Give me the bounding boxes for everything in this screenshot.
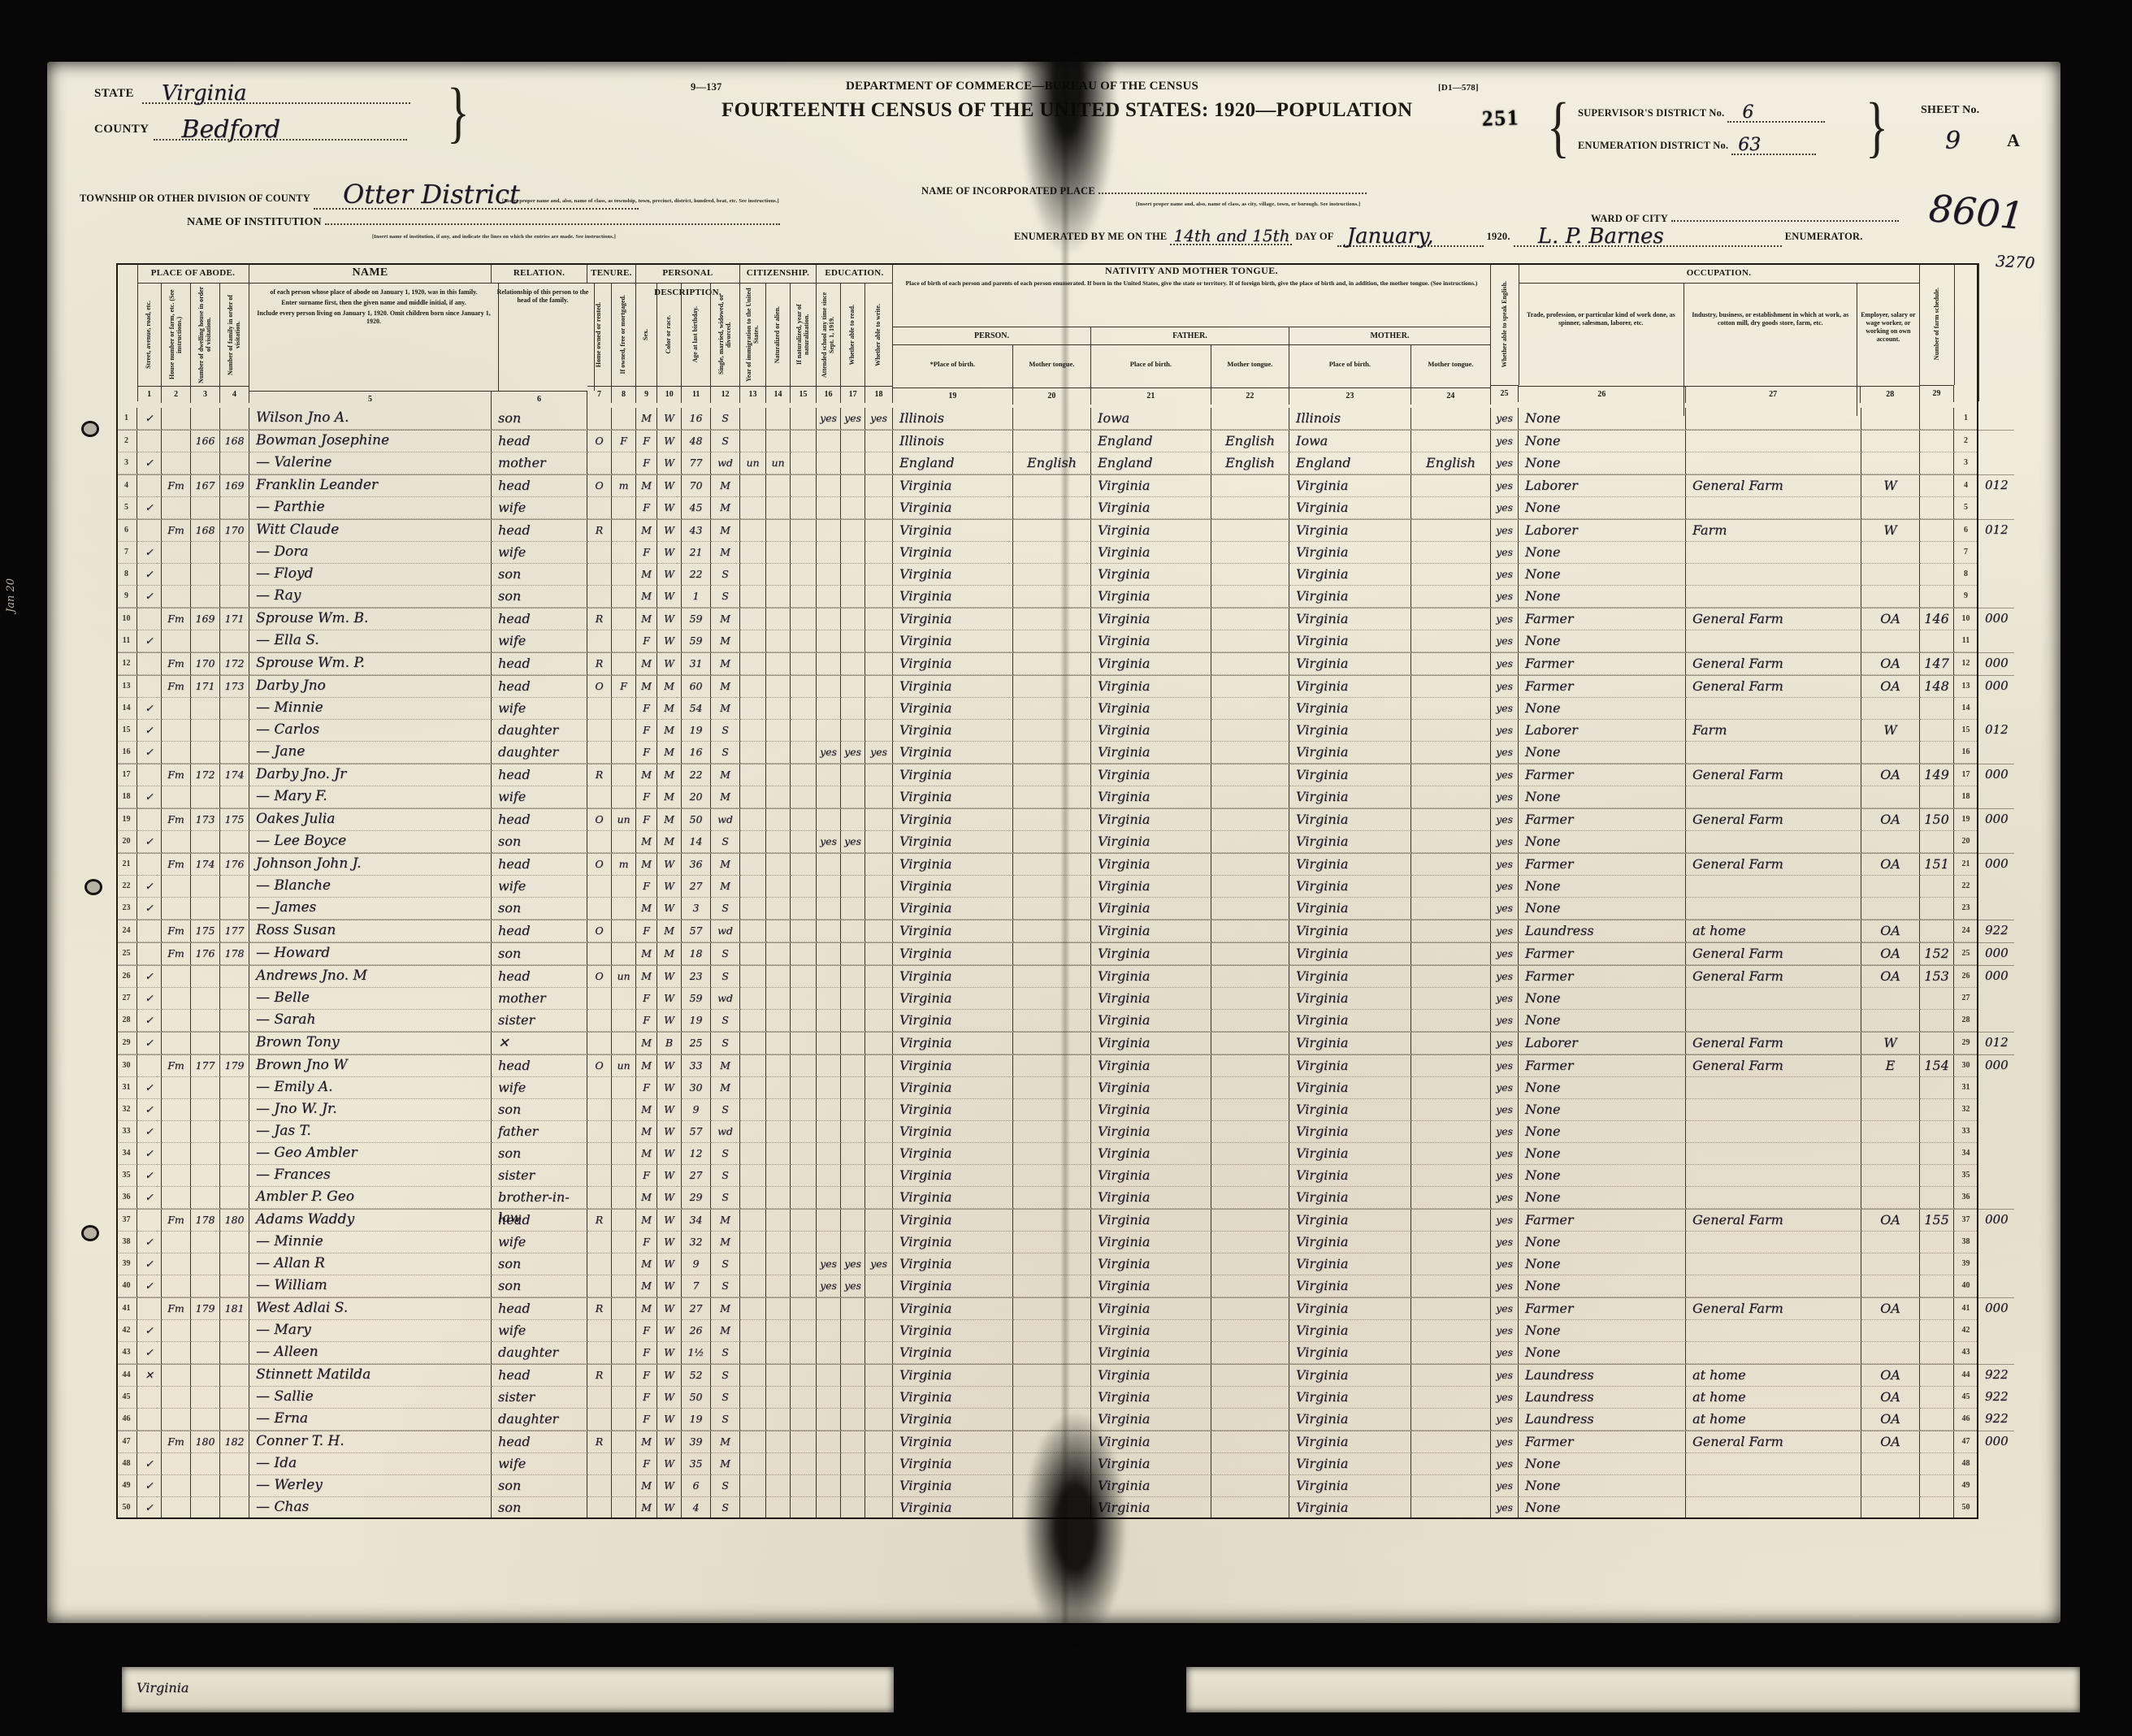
- census-cell: [1686, 1342, 1861, 1364]
- census-cell: Virginia: [1289, 1320, 1411, 1342]
- corner-annotation: 8601: [1927, 186, 2026, 238]
- census-cell: yes: [1491, 720, 1519, 742]
- census-cell: [1211, 809, 1289, 831]
- line-number: 37: [116, 1210, 137, 1232]
- census-cell: [841, 586, 865, 608]
- census-cell: [740, 876, 766, 898]
- census-cell: [162, 1033, 191, 1054]
- line-number: 48: [1954, 1453, 1978, 1475]
- census-cell: O: [587, 854, 612, 876]
- census-cell: General Farm: [1686, 943, 1861, 965]
- census-cell: [865, 920, 893, 942]
- census-cell: M: [657, 698, 682, 720]
- census-cell: [740, 1431, 766, 1453]
- census-cell: [791, 1453, 817, 1475]
- census-cell: head: [492, 475, 587, 497]
- census-cell: Virginia: [893, 520, 1013, 542]
- census-cell: M: [711, 1232, 740, 1253]
- census-cell: Virginia: [1091, 1342, 1211, 1364]
- census-cell: Laundress: [1519, 1409, 1686, 1431]
- census-cell: [612, 1143, 636, 1165]
- census-cell: [1211, 653, 1289, 675]
- census-cell: [865, 720, 893, 742]
- township-label: TOWNSHIP OR OTHER DIVISION OF COUNTY: [80, 193, 310, 204]
- line-number: 46: [1954, 1409, 1978, 1431]
- census-cell: ✓: [137, 408, 162, 430]
- census-cell: 29: [682, 1187, 711, 1209]
- census-cell: [740, 1165, 766, 1187]
- census-cell: W: [657, 608, 682, 630]
- census-cell: [841, 1210, 865, 1232]
- census-cell: yes: [1491, 1165, 1519, 1187]
- census-cell: [1861, 742, 1920, 764]
- line-number: 29: [1954, 1033, 1978, 1054]
- census-cell: 174: [191, 854, 220, 876]
- census-cell: Virginia: [1091, 497, 1211, 519]
- census-cell: yes: [1491, 1387, 1519, 1409]
- census-cell: [740, 1099, 766, 1121]
- line-number: 10: [1954, 608, 1978, 630]
- census-cell: [1411, 1320, 1491, 1342]
- census-cell: yes: [1491, 1232, 1519, 1253]
- census-cell: [1861, 831, 1920, 853]
- census-cell: [162, 831, 191, 853]
- census-cell: General Farm: [1686, 608, 1861, 630]
- census-cell: Virginia: [1091, 742, 1211, 764]
- census-cell: Virginia: [1091, 1010, 1211, 1032]
- census-cell: Virginia: [1091, 1365, 1211, 1387]
- census-cell: [766, 1497, 791, 1519]
- census-cell: [791, 1033, 817, 1054]
- census-cell: [1411, 809, 1491, 831]
- census-cell: [612, 497, 636, 519]
- census-cell: [766, 1409, 791, 1431]
- census-cell: [1211, 564, 1289, 586]
- census-cell: [191, 1497, 220, 1519]
- census-cell: [817, 898, 841, 920]
- census-cell: [817, 452, 841, 474]
- census-cell: [740, 920, 766, 942]
- census-cell: B: [657, 1033, 682, 1054]
- margin-code: 922: [1978, 1387, 2014, 1409]
- census-cell: M: [636, 764, 657, 786]
- census-cell: — Jno W. Jr.: [249, 1099, 492, 1121]
- census-cell: [1920, 586, 1954, 608]
- census-cell: [587, 630, 612, 652]
- census-cell: [220, 630, 249, 652]
- enumeration-district-label: ENUMERATION DISTRICT No.: [1578, 140, 1728, 151]
- census-cell: [587, 1077, 612, 1099]
- census-cell: 171: [191, 676, 220, 698]
- census-cell: [766, 966, 791, 988]
- census-cell: [1013, 564, 1091, 586]
- census-cell: [865, 542, 893, 564]
- census-cell: — Ida: [249, 1453, 492, 1475]
- census-cell: W: [657, 542, 682, 564]
- census-cell: [1686, 586, 1861, 608]
- census-cell: [1686, 497, 1861, 519]
- census-cell: Brown Tony: [249, 1033, 492, 1054]
- census-cell: F: [636, 497, 657, 519]
- census-cell: [137, 943, 162, 965]
- census-cell: [220, 1077, 249, 1099]
- census-cell: M: [636, 1253, 657, 1275]
- census-cell: Virginia: [893, 1320, 1013, 1342]
- census-cell: 19: [682, 1010, 711, 1032]
- census-cell: [587, 1497, 612, 1519]
- census-cell: yes: [1491, 520, 1519, 542]
- census-cell: OA: [1861, 809, 1920, 831]
- census-cell: [791, 630, 817, 652]
- census-cell: [1411, 988, 1491, 1010]
- line-number: 49: [1954, 1475, 1978, 1497]
- census-cell: head: [492, 431, 587, 452]
- census-cell: [791, 809, 817, 831]
- census-cell: None: [1519, 698, 1686, 720]
- census-cell: ✓: [137, 786, 162, 808]
- line-number: 43: [116, 1342, 137, 1364]
- census-cell: ✓: [137, 1121, 162, 1143]
- census-cell: 173: [191, 809, 220, 831]
- census-cell: [865, 943, 893, 965]
- line-number: 18: [116, 786, 137, 808]
- census-cell: [766, 988, 791, 1010]
- census-cell: Oakes Julia: [249, 809, 492, 831]
- census-cell: W: [657, 452, 682, 474]
- census-cell: [1411, 698, 1491, 720]
- census-cell: — Jane: [249, 742, 492, 764]
- census-cell: Franklin Leander: [249, 475, 492, 497]
- margin-code: 012: [1978, 475, 2014, 497]
- census-cell: yes: [1491, 1187, 1519, 1209]
- census-cell: [841, 431, 865, 452]
- census-cell: [1211, 1453, 1289, 1475]
- census-cell: yes: [841, 742, 865, 764]
- census-cell: M: [636, 943, 657, 965]
- census-cell: F: [636, 920, 657, 942]
- census-cell: Virginia: [1091, 564, 1211, 586]
- census-cell: [740, 1210, 766, 1232]
- census-cell: [1686, 564, 1861, 586]
- census-cell: [191, 876, 220, 898]
- census-cell: [766, 1232, 791, 1253]
- census-cell: None: [1519, 1320, 1686, 1342]
- census-cell: [841, 1143, 865, 1165]
- census-cell: M: [711, 608, 740, 630]
- census-cell: [191, 1409, 220, 1431]
- line-number: 44: [116, 1365, 137, 1387]
- census-cell: [162, 630, 191, 652]
- census-cell: [791, 943, 817, 965]
- margin-code: [1978, 452, 2014, 474]
- census-cell: [740, 1143, 766, 1165]
- census-cell: [766, 786, 791, 808]
- census-cell: Sprouse Wm. B.: [249, 608, 492, 630]
- census-cell: [1211, 497, 1289, 519]
- page-stamp: 251: [1481, 105, 1520, 132]
- census-cell: [740, 653, 766, 675]
- census-cell: yes: [1491, 1010, 1519, 1032]
- census-cell: son: [492, 831, 587, 853]
- census-cell: [1686, 1497, 1861, 1519]
- census-cell: 59: [682, 988, 711, 1010]
- margin-code: [1978, 1187, 2014, 1209]
- census-cell: [791, 497, 817, 519]
- census-cell: M: [636, 1431, 657, 1453]
- census-cell: 170: [191, 653, 220, 675]
- line-number: 26: [1954, 966, 1978, 988]
- census-cell: [612, 1099, 636, 1121]
- census-cell: [1211, 1387, 1289, 1409]
- census-cell: [1013, 920, 1091, 942]
- census-cell: M: [711, 1210, 740, 1232]
- census-cell: [865, 431, 893, 452]
- census-cell: [612, 452, 636, 474]
- census-cell: [766, 608, 791, 630]
- census-cell: father: [492, 1121, 587, 1143]
- census-cell: 146: [1920, 608, 1954, 630]
- census-cell: [1211, 698, 1289, 720]
- census-cell: [865, 1275, 893, 1297]
- census-cell: [791, 698, 817, 720]
- census-cell: OA: [1861, 608, 1920, 630]
- census-cell: General Farm: [1686, 676, 1861, 698]
- census-cell: [612, 1010, 636, 1032]
- census-cell: [137, 1431, 162, 1453]
- census-cell: [817, 1320, 841, 1342]
- census-cell: Farmer: [1519, 1298, 1686, 1320]
- census-cell: [1211, 586, 1289, 608]
- census-cell: [865, 1210, 893, 1232]
- census-cell: [817, 1033, 841, 1054]
- census-cell: head: [492, 1365, 587, 1387]
- census-cell: S: [711, 943, 740, 965]
- census-cell: — Geo Ambler: [249, 1143, 492, 1165]
- census-cell: OA: [1861, 1409, 1920, 1431]
- census-cell: Stinnett Matilda: [249, 1365, 492, 1387]
- census-cell: [587, 1453, 612, 1475]
- census-cell: [612, 586, 636, 608]
- census-cell: Virginia: [1289, 1033, 1411, 1054]
- census-cell: Virginia: [1289, 475, 1411, 497]
- census-cell: [162, 1187, 191, 1209]
- census-cell: 177: [220, 920, 249, 942]
- census-cell: [220, 786, 249, 808]
- census-cell: Bowman Josephine: [249, 431, 492, 452]
- census-cell: ✓: [137, 1475, 162, 1497]
- line-number: 1: [116, 408, 137, 430]
- census-cell: [137, 920, 162, 942]
- census-cell: [137, 1409, 162, 1431]
- census-cell: O: [587, 966, 612, 988]
- census-cell: [191, 720, 220, 742]
- line-number: 34: [1954, 1143, 1978, 1165]
- census-cell: [137, 1210, 162, 1232]
- census-cell: F: [636, 988, 657, 1010]
- census-cell: [587, 1033, 612, 1054]
- census-cell: Virginia: [1091, 764, 1211, 786]
- census-cell: W: [1861, 720, 1920, 742]
- census-cell: W: [657, 1253, 682, 1275]
- census-cell: [1686, 452, 1861, 474]
- census-cell: head: [492, 608, 587, 630]
- census-cell: [1411, 520, 1491, 542]
- census-cell: Virginia: [1289, 1077, 1411, 1099]
- census-cell: [865, 520, 893, 542]
- census-cell: 148: [1920, 676, 1954, 698]
- line-number: 5: [116, 497, 137, 519]
- census-cell: [220, 876, 249, 898]
- census-cell: — Valerine: [249, 452, 492, 474]
- occupation-header: OCCUPATION.Trade, profession, or particu…: [1519, 263, 1920, 408]
- census-cell: [1411, 1099, 1491, 1121]
- census-cell: [1211, 1033, 1289, 1054]
- census-cell: [162, 1365, 191, 1387]
- census-cell: Virginia: [893, 698, 1013, 720]
- census-cell: [1411, 608, 1491, 630]
- census-cell: — Minnie: [249, 698, 492, 720]
- census-cell: [841, 630, 865, 652]
- census-cell: [191, 966, 220, 988]
- census-cell: M: [711, 854, 740, 876]
- census-cell: [1013, 431, 1091, 452]
- census-cell: [1411, 408, 1491, 430]
- next-sheet-edge-right: [1186, 1667, 2080, 1712]
- census-cell: [1920, 1187, 1954, 1209]
- census-cell: [191, 408, 220, 430]
- line-number: 23: [116, 898, 137, 920]
- census-cell: yes: [1491, 1253, 1519, 1275]
- census-cell: F: [612, 676, 636, 698]
- census-cell: un: [766, 452, 791, 474]
- census-cell: daughter: [492, 742, 587, 764]
- census-cell: Illinois: [893, 431, 1013, 452]
- census-cell: Laundress: [1519, 1387, 1686, 1409]
- census-cell: M: [636, 1033, 657, 1054]
- census-cell: [1686, 1232, 1861, 1253]
- census-cell: M: [657, 742, 682, 764]
- census-cell: [162, 1253, 191, 1275]
- census-cell: [766, 742, 791, 764]
- census-cell: 23: [682, 966, 711, 988]
- census-cell: Darby Jno: [249, 676, 492, 698]
- census-cell: yes: [1491, 608, 1519, 630]
- census-cell: [220, 542, 249, 564]
- line-number: 15: [116, 720, 137, 742]
- census-cell: [817, 786, 841, 808]
- census-cell: 171: [220, 608, 249, 630]
- census-cell: Laborer: [1519, 520, 1686, 542]
- margin-code: [1978, 1165, 2014, 1187]
- census-cell: [740, 1497, 766, 1519]
- census-cell: [587, 1320, 612, 1342]
- census-cell: Virginia: [1091, 1055, 1211, 1077]
- census-cell: 7: [682, 1275, 711, 1297]
- margin-code: [1978, 898, 2014, 920]
- census-cell: wife: [492, 698, 587, 720]
- census-cell: [766, 1275, 791, 1297]
- census-cell: OA: [1861, 764, 1920, 786]
- census-cell: Virginia: [1289, 564, 1411, 586]
- census-cell: ✓: [137, 1253, 162, 1275]
- left-margin-date-note: Jan 20: [5, 578, 17, 613]
- supervisor-district-label: SUPERVISOR'S DISTRICT No.: [1578, 107, 1724, 119]
- census-cell: Virginia: [1289, 1253, 1411, 1275]
- census-cell: F: [636, 1365, 657, 1387]
- census-cell: 151: [1920, 854, 1954, 876]
- census-cell: M: [636, 1143, 657, 1165]
- census-cell: [740, 1055, 766, 1077]
- census-cell: yes: [1491, 630, 1519, 652]
- ink-smudge-top: [1019, 57, 1116, 252]
- census-cell: 16: [682, 408, 711, 430]
- census-cell: yes: [1491, 898, 1519, 920]
- census-cell: [1920, 786, 1954, 808]
- census-cell: [1920, 1497, 1954, 1519]
- line-number: 2: [116, 431, 137, 452]
- census-cell: [766, 1165, 791, 1187]
- census-cell: Farm: [1686, 520, 1861, 542]
- census-cell: M: [657, 809, 682, 831]
- census-cell: [612, 943, 636, 965]
- census-cell: [1411, 1275, 1491, 1297]
- census-cell: yes: [817, 1253, 841, 1275]
- census-cell: [791, 586, 817, 608]
- line-number: 47: [1954, 1431, 1978, 1453]
- census-cell: None: [1519, 1143, 1686, 1165]
- census-cell: [587, 452, 612, 474]
- line-number: 45: [116, 1387, 137, 1409]
- census-cell: Fm: [162, 608, 191, 630]
- census-cell: [740, 520, 766, 542]
- census-cell: [766, 1055, 791, 1077]
- census-cell: 180: [220, 1210, 249, 1232]
- census-cell: [740, 943, 766, 965]
- census-cell: [191, 1387, 220, 1409]
- margin-code: 000: [1978, 943, 2014, 965]
- census-cell: Virginia: [893, 1275, 1013, 1297]
- census-cell: 54: [682, 698, 711, 720]
- census-cell: [1920, 1232, 1954, 1253]
- census-cell: Virginia: [893, 1365, 1013, 1387]
- census-cell: 33: [682, 1055, 711, 1077]
- census-cell: Virginia: [1289, 520, 1411, 542]
- census-cell: Farmer: [1519, 966, 1686, 988]
- census-cell: yes: [1491, 1077, 1519, 1099]
- census-cell: [162, 1342, 191, 1364]
- census-cell: Virginia: [1289, 764, 1411, 786]
- census-cell: [791, 520, 817, 542]
- census-cell: [740, 698, 766, 720]
- census-cell: Virginia: [1091, 966, 1211, 988]
- census-cell: [740, 764, 766, 786]
- census-cell: [791, 1253, 817, 1275]
- census-cell: S: [711, 1409, 740, 1431]
- census-cell: W: [657, 1099, 682, 1121]
- census-cell: [865, 1232, 893, 1253]
- census-cell: [220, 1187, 249, 1209]
- census-cell: Brown Jno W: [249, 1055, 492, 1077]
- census-cell: [766, 698, 791, 720]
- margin-code: [1978, 1275, 2014, 1297]
- census-cell: [791, 786, 817, 808]
- census-cell: Virginia: [893, 831, 1013, 853]
- census-cell: [191, 831, 220, 853]
- sheet-label: SHEET No.: [1921, 104, 1979, 117]
- census-cell: [587, 1232, 612, 1253]
- census-cell: [612, 1033, 636, 1054]
- census-cell: ✓: [137, 898, 162, 920]
